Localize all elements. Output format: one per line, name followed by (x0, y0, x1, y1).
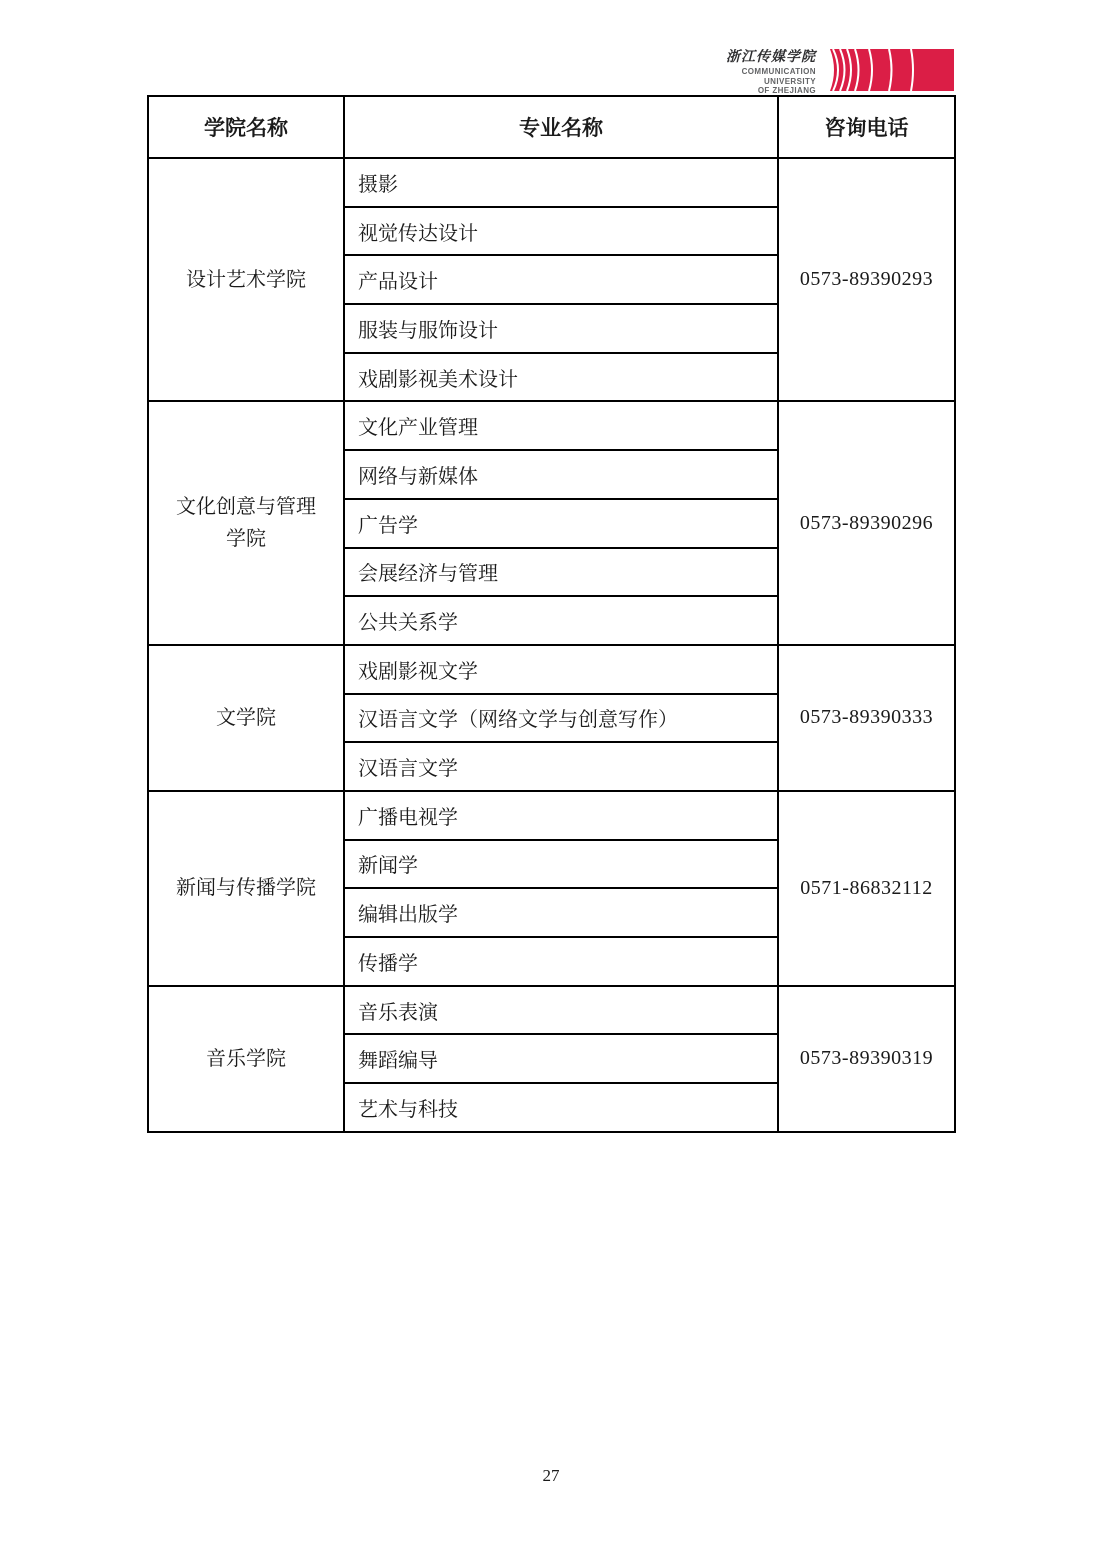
major-cell: 会展经济与管理 (344, 548, 778, 597)
college-cell: 新闻与传播学院 (148, 791, 344, 986)
phone-cell: 0573-89390293 (778, 158, 955, 401)
page-number: 27 (0, 1466, 1102, 1486)
logo-en-line: COMMUNICATION (726, 67, 816, 76)
major-cell: 汉语言文学 (344, 742, 778, 791)
major-cell: 公共关系学 (344, 596, 778, 645)
major-cell: 服装与服饰设计 (344, 304, 778, 353)
major-cell: 新闻学 (344, 840, 778, 889)
document-page: 浙江传媒学院 COMMUNICATION UNIVERSITY OF ZHEJI… (0, 0, 1102, 1559)
university-name-english: COMMUNICATION UNIVERSITY OF ZHEJIANG (726, 67, 816, 95)
phone-cell: 0573-89390333 (778, 645, 955, 791)
university-name-chinese: 浙江传媒学院 (726, 50, 816, 65)
major-cell: 戏剧影视美术设计 (344, 353, 778, 402)
college-cell: 文学院 (148, 645, 344, 791)
major-cell: 汉语言文学（网络文学与创意写作） (344, 694, 778, 743)
major-cell: 文化产业管理 (344, 401, 778, 450)
table-row: 文化创意与管理学院 文化产业管理 0573-89390296 (148, 401, 955, 450)
university-logo: 浙江传媒学院 COMMUNICATION UNIVERSITY OF ZHEJI… (726, 49, 954, 96)
college-cell: 设计艺术学院 (148, 158, 344, 401)
major-cell: 视觉传达设计 (344, 207, 778, 256)
major-cell: 舞蹈编导 (344, 1034, 778, 1083)
logo-en-line: UNIVERSITY (726, 77, 816, 86)
table-row: 文学院 戏剧影视文学 0573-89390333 (148, 645, 955, 694)
college-cell: 音乐学院 (148, 986, 344, 1132)
phone-cell: 0573-89390319 (778, 986, 955, 1132)
major-cell: 艺术与科技 (344, 1083, 778, 1132)
major-cell: 广告学 (344, 499, 778, 548)
phone-cell: 0573-89390296 (778, 401, 955, 644)
major-cell: 编辑出版学 (344, 888, 778, 937)
college-majors-table: 学院名称 专业名称 咨询电话 设计艺术学院 摄影 0573-89390293 视… (147, 95, 956, 1133)
table-row: 音乐学院 音乐表演 0573-89390319 (148, 986, 955, 1035)
logo-text-block: 浙江传媒学院 COMMUNICATION UNIVERSITY OF ZHEJI… (726, 49, 816, 96)
major-cell: 产品设计 (344, 255, 778, 304)
major-cell: 音乐表演 (344, 986, 778, 1035)
header-major-name: 专业名称 (344, 96, 778, 158)
table-header-row: 学院名称 专业名称 咨询电话 (148, 96, 955, 158)
logo-flag-graphic (821, 49, 954, 91)
major-cell: 传播学 (344, 937, 778, 986)
table-row: 新闻与传播学院 广播电视学 0571-86832112 (148, 791, 955, 840)
college-cell: 文化创意与管理学院 (148, 401, 344, 644)
table-row: 设计艺术学院 摄影 0573-89390293 (148, 158, 955, 207)
major-cell: 戏剧影视文学 (344, 645, 778, 694)
major-cell: 广播电视学 (344, 791, 778, 840)
major-cell: 摄影 (344, 158, 778, 207)
phone-cell: 0571-86832112 (778, 791, 955, 986)
header-phone: 咨询电话 (778, 96, 955, 158)
major-cell: 网络与新媒体 (344, 450, 778, 499)
header-college-name: 学院名称 (148, 96, 344, 158)
